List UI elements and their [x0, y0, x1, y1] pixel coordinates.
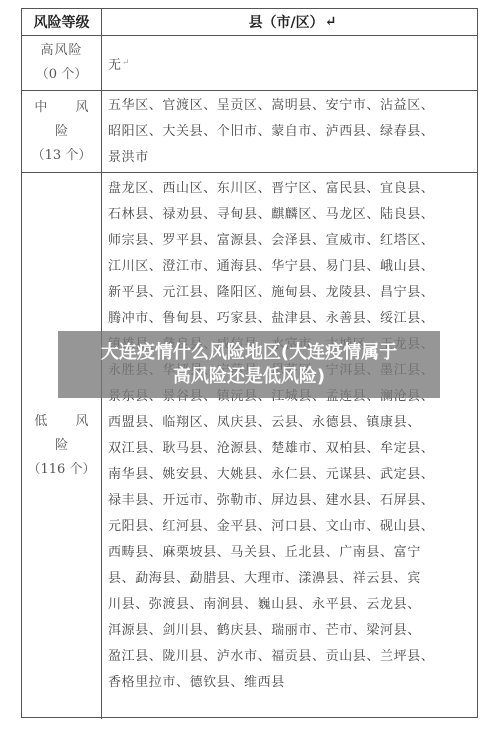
area-list-line: 盘龙区、西山区、东川区、晋宁区、富民县、宜良县、	[108, 176, 477, 202]
area-list-line: 无	[108, 54, 121, 73]
area-list-line: 禄丰县、开远市、弥勒市、屏边县、建水县、石屏县、	[108, 488, 477, 514]
risk-level-label: 高风险	[40, 39, 82, 63]
header-county-label: 县（市/区）	[249, 12, 324, 32]
risk-level-label: 中 风 险	[34, 96, 101, 144]
risk-count: （116 个）	[28, 458, 96, 482]
header-risk-level-label: 风险等级	[34, 12, 90, 32]
area-list-line: 香格里拉市、德钦县、维西县	[108, 670, 477, 696]
table-header-row: 风险等级 县（市/区） ↵	[22, 9, 477, 36]
area-list-line: 腾冲市、鲁甸县、巧家县、盐津县、永善县、绥江县、	[108, 306, 477, 332]
area-list-line: 景洪市	[108, 145, 477, 171]
table-row-medium-risk: 中 风 险 （13 个） 五华区、官渡区、呈贡区、嵩明县、安宁市、沾益区、 昭阳…	[22, 91, 477, 173]
areas-cell-high: 无 ↵	[102, 36, 477, 90]
area-list-line: 新平县、元江县、隆阳区、施甸县、龙陵县、昌宁县、	[108, 280, 477, 306]
area-list-line: 西畴县、麻栗坡县、马关县、丘北县、广南县、富宁	[108, 540, 477, 566]
table-row-high-risk: 高风险 （0 个） 无 ↵	[22, 36, 477, 91]
level-cell-low: 低 风 险 （116 个）	[22, 173, 102, 719]
area-list-line: 川县、弥渡县、南涧县、巍山县、永平县、云龙县、	[108, 592, 477, 618]
paragraph-mark-icon: ↵	[325, 14, 337, 30]
paragraph-mark-icon: ↵	[122, 58, 130, 68]
risk-count: （13 个）	[32, 144, 92, 168]
areas-cell-medium: 五华区、官渡区、呈贡区、嵩明县、安宁市、沾益区、 昭阳区、大关县、个旧市、蒙自市…	[102, 91, 477, 172]
area-list-line: 元阳县、红河县、金平县、河口县、文山市、砚山县、	[108, 514, 477, 540]
areas-cell-low: 盘龙区、西山区、东川区、晋宁区、富民县、宜良县、 石林县、禄劝县、寻甸县、麒麟区…	[102, 173, 477, 719]
header-risk-level: 风险等级	[22, 9, 102, 35]
level-cell-high: 高风险 （0 个）	[22, 36, 102, 90]
risk-count: （0 个）	[36, 63, 87, 87]
article-title-overlay: 大连疫情什么风险地区(大连疫情属于 高风险还是低风险)	[58, 331, 440, 398]
area-list-line: 县、勐海县、勐腊县、大理市、漾濞县、祥云县、宾	[108, 566, 477, 592]
table-row-low-risk: 低 风 险 （116 个） 盘龙区、西山区、东川区、晋宁区、富民县、宜良县、 石…	[22, 173, 477, 719]
area-list-line: 江川区、澄江市、通海县、华宁县、易门县、峨山县、	[108, 254, 477, 280]
area-list-line: 双江县、耿马县、沧源县、楚雄市、双柏县、牟定县、	[108, 436, 477, 462]
overlay-title-line-2: 高风险还是低风险)	[173, 365, 325, 389]
area-list-line: 西盟县、临翔区、凤庆县、云县、永德县、镇康县、	[108, 410, 477, 436]
area-list-line: 石林县、禄劝县、寻甸县、麒麟区、马龙区、陆良县、	[108, 202, 477, 228]
header-county: 县（市/区） ↵	[102, 9, 477, 35]
area-list-line: 昭阳区、大关县、个旧市、蒙自市、泸西县、绿春县、	[108, 119, 477, 145]
area-list-line: 南华县、姚安县、大姚县、永仁县、元谋县、武定县、	[108, 462, 477, 488]
area-list-line: 盈江县、陇川县、泸水市、福贡县、贡山县、兰坪县、	[108, 644, 477, 670]
area-list-line: 五华区、官渡区、呈贡区、嵩明县、安宁市、沾益区、	[108, 93, 477, 119]
risk-level-label: 低 风 险	[34, 410, 101, 458]
area-list-line: 洱源县、剑川县、鹤庆县、瑞丽市、芒市、梁河县、	[108, 618, 477, 644]
overlay-title-line-1: 大连疫情什么风险地区(大连疫情属于	[101, 341, 397, 365]
area-list-line: 师宗县、罗平县、富源县、会泽县、宣威市、红塔区、	[108, 228, 477, 254]
level-cell-medium: 中 风 险 （13 个）	[22, 91, 102, 172]
